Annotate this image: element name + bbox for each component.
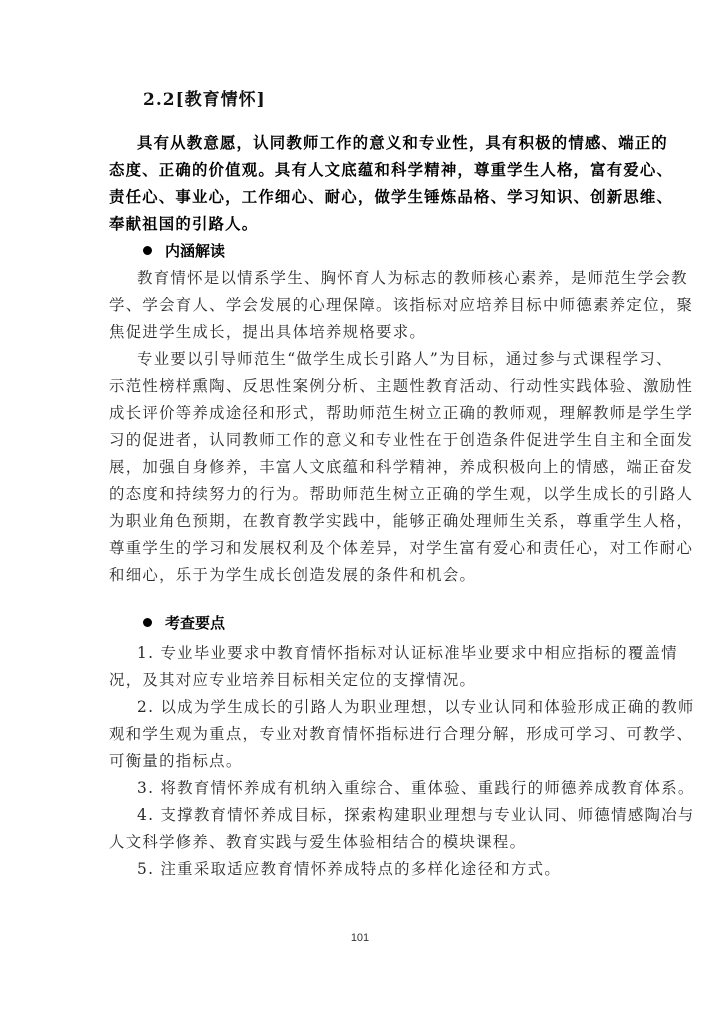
text-line: 1. 专业毕业要求中教育情怀指标对认证标准毕业要求中相应指标的覆盖情	[109, 640, 613, 667]
section-heading: 2.2[教育情怀]	[143, 88, 266, 112]
text-line: 具有从教意愿，认同教师工作的意义和专业性，具有积极的情感、端正的	[109, 130, 613, 157]
text-line: 奉献祖国的引路人。	[109, 211, 613, 238]
interpretation-paragraph-2: 专业要以引导师范生“做学生成长引路人”为目标，通过参与式课程学习、 示范性榜样熏…	[109, 346, 613, 589]
document-page: 2.2[教育情怀] 具有从教意愿，认同教师工作的意义和专业性，具有积极的情感、端…	[0, 0, 720, 1018]
text-line: 习的促进者，认同教师工作的意义和专业性在于创造条件促进学生自主和全面发	[109, 427, 613, 454]
review-points-list: 1. 专业毕业要求中教育情怀指标对认证标准毕业要求中相应指标的覆盖情 况，及其对…	[109, 640, 613, 883]
list-item: 4. 支撑教育情怀养成目标，探索构建职业理想与专业认同、师德情感陶冶与 人文科学…	[109, 802, 613, 856]
text-line: 责任心、事业心，工作细心、耐心，做学生锤炼品格、学习知识、创新思维、	[109, 184, 613, 211]
text-line: 为职业角色预期，在教育教学实践中，能够正确处理师生关系，尊重学生人格，	[109, 508, 613, 535]
text-line: 学、学会育人、学会发展的心理保障。该指标对应培养目标中师德素养定位，聚	[109, 292, 613, 319]
text-line: 况，及其对应专业培养目标相关定位的支撑情况。	[109, 667, 613, 694]
text-line: 的态度和持续努力的行为。帮助师范生树立正确的学生观，以学生成长的引路人	[109, 481, 613, 508]
list-item: 3. 将教育情怀养成有机纳入重综合、重体验、重践行的师德养成教育体系。	[109, 775, 613, 802]
text-line: 展，加强自身修养，丰富人文底蕴和科学精神，养成积极向上的情感，端正奋发	[109, 454, 613, 481]
bullet-dot-icon	[143, 246, 152, 255]
standard-statement: 具有从教意愿，认同教师工作的意义和专业性，具有积极的情感、端正的 态度、正确的价…	[109, 130, 613, 238]
text-line: 2. 以成为学生成长的引路人为职业理想，以专业认同和体验形成正确的教师	[109, 694, 613, 721]
bullet-interpretation: 内涵解读	[143, 238, 225, 265]
text-line: 人文科学修养、教育实践与爱生体验相结合的模块课程。	[109, 829, 613, 856]
interpretation-paragraph-1: 教育情怀是以情系学生、胸怀育人为标志的教师核心素养，是师范生学会教 学、学会育人…	[109, 265, 613, 346]
text-line: 4. 支撑教育情怀养成目标，探索构建职业理想与专业认同、师德情感陶冶与	[109, 802, 613, 829]
text-line: 成长评价等养成途径和形式，帮助师范生树立正确的教师观，理解教师是学生学	[109, 400, 613, 427]
text-line: 态度、正确的价值观。具有人文底蕴和科学精神，尊重学生人格，富有爱心、	[109, 157, 613, 184]
text-line: 教育情怀是以情系学生、胸怀育人为标志的教师核心素养，是师范生学会教	[109, 265, 613, 292]
page-number: 101	[0, 932, 720, 944]
text-line: 3. 将教育情怀养成有机纳入重综合、重体验、重践行的师德养成教育体系。	[109, 775, 613, 802]
text-line: 专业要以引导师范生“做学生成长引路人”为目标，通过参与式课程学习、	[109, 346, 613, 373]
bullet-title: 考查要点	[165, 614, 225, 632]
list-item: 5. 注重采取适应教育情怀养成特点的多样化途径和方式。	[109, 856, 613, 883]
text-line: 观和学生观为重点，专业对教育情怀指标进行合理分解，形成可学习、可教学、	[109, 721, 613, 748]
text-line: 5. 注重采取适应教育情怀养成特点的多样化途径和方式。	[109, 856, 613, 883]
text-line: 和细心，乐于为学生成长创造发展的条件和机会。	[109, 562, 613, 589]
text-line: 示范性榜样熏陶、反思性案例分析、主题性教育活动、行动性实践体验、激励性	[109, 373, 613, 400]
bullet-title: 内涵解读	[165, 242, 225, 260]
list-item: 1. 专业毕业要求中教育情怀指标对认证标准毕业要求中相应指标的覆盖情 况，及其对…	[109, 640, 613, 694]
text-line: 焦促进学生成长，提出具体培养规格要求。	[109, 319, 613, 346]
bullet-review-points: 考查要点	[143, 610, 225, 637]
bullet-dot-icon	[143, 618, 152, 627]
text-line: 可衡量的指标点。	[109, 748, 613, 775]
list-item: 2. 以成为学生成长的引路人为职业理想，以专业认同和体验形成正确的教师 观和学生…	[109, 694, 613, 775]
text-line: 尊重学生的学习和发展权利及个体差异，对学生富有爱心和责任心，对工作耐心	[109, 535, 613, 562]
